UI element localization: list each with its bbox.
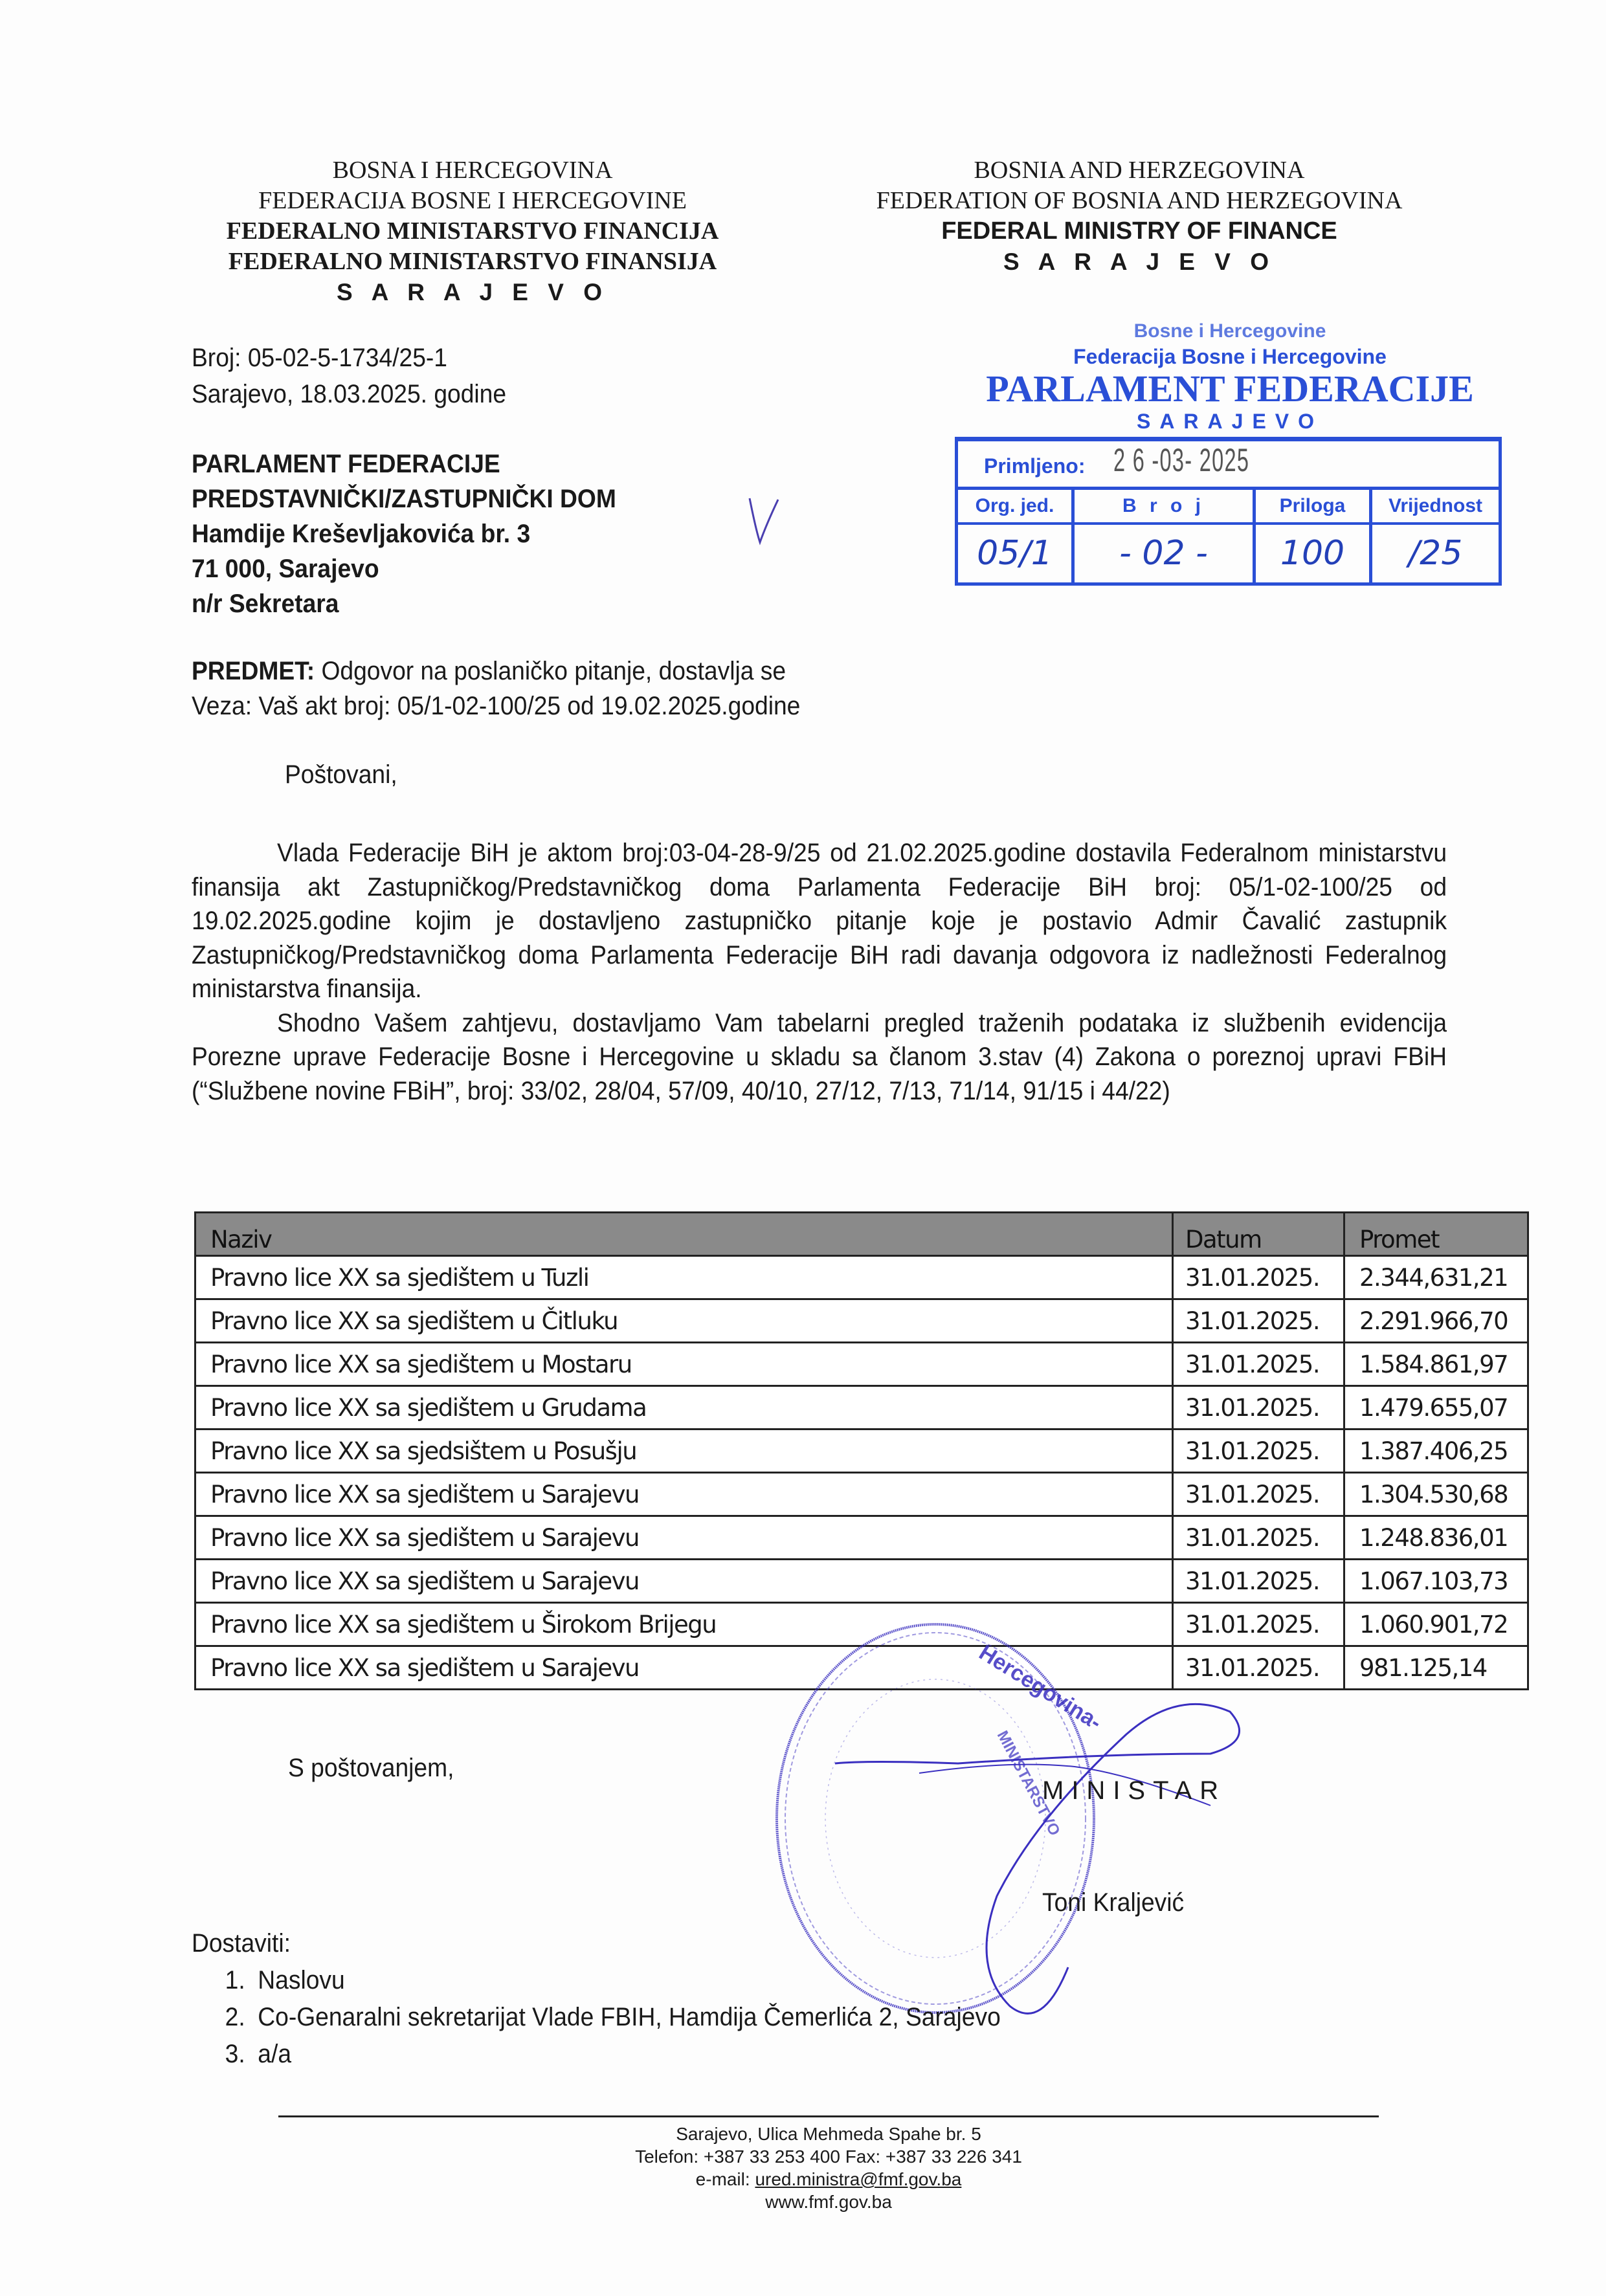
letterhead-country: BOSNA I HERCEGOVINA [129, 155, 816, 186]
table-header-row: Naziv Datum Promet [195, 1213, 1528, 1256]
distribution-item: Co-Genaralni sekretarijat Vlade FBIH, Ha… [252, 1999, 1001, 2036]
greeting: Poštovani, [285, 760, 397, 789]
stamp-col-org: Org. jed. 05/1 [958, 490, 1075, 584]
letterhead-english: BOSNIA AND HERZEGOVINA FEDERATION OF BOS… [796, 155, 1482, 277]
letterhead-federation-en: FEDERATION OF BOSNIA AND HERZEGOVINA [796, 186, 1482, 216]
cell-datum: 31.01.2025. [1173, 1343, 1344, 1386]
table-row: Pravno lice XX sa sjedištem u Tuzli31.01… [195, 1256, 1528, 1299]
recipient-line: PREDSTAVNIČKI/ZASTUPNIČKI DOM [192, 481, 616, 516]
footer-website[interactable]: www.fmf.gov.ba [278, 2191, 1379, 2213]
stamp-col-vrijednost: Vrijednost /25 [1372, 490, 1499, 584]
letterhead-city-en: S A R A J E V O [796, 247, 1482, 277]
turnover-table: Naziv Datum Promet Pravno lice XX sa sje… [194, 1211, 1529, 1690]
letterhead-city: S A R A J E V O [129, 277, 816, 307]
cell-datum: 31.01.2025. [1173, 1560, 1344, 1603]
cell-datum: 31.01.2025. [1173, 1646, 1344, 1690]
closing-salutation: S poštovanjem, [288, 1754, 454, 1783]
subject-text: Odgovor na poslaničko pitanje, dostavlja… [315, 657, 786, 685]
column-header-datum: Datum [1173, 1213, 1344, 1256]
letter-body: Vlada Federacije BiH je aktom broj:03-04… [192, 836, 1447, 1108]
footer-phone-fax: Telefon: +387 33 253 400 Fax: +387 33 22… [278, 2145, 1379, 2168]
cell-naziv: Pravno lice XX sa sjedištem u Sarajevu [195, 1473, 1173, 1516]
cell-naziv: Pravno lice XX sa sjedištem u Sarajevu [195, 1516, 1173, 1560]
cell-datum: 31.01.2025. [1173, 1386, 1344, 1429]
letterhead-federation: FEDERACIJA BOSNE I HERCEGOVINE [129, 186, 816, 216]
distribution-item: Naslovu [252, 1962, 1001, 1999]
footer-email-label: e-mail: [696, 2169, 755, 2189]
table-row: Pravno lice XX sa sjedištem u Mostaru31.… [195, 1343, 1528, 1386]
recipient-line: 71 000, Sarajevo [192, 551, 616, 586]
cell-naziv: Pravno lice XX sa sjedištem u Mostaru [195, 1343, 1173, 1386]
subject-block: PREDMET: Odgovor na poslaničko pitanje, … [192, 654, 800, 723]
paragraph: Shodno Vašem zahtjevu, dostavljamo Vam t… [192, 1006, 1447, 1109]
table-row: Pravno lice XX sa sjedištem u Sarajevu31… [195, 1646, 1528, 1690]
column-header-naziv: Naziv [195, 1213, 1173, 1256]
column-header-promet: Promet [1344, 1213, 1528, 1256]
cell-promet: 1.479.655,07 [1344, 1386, 1528, 1429]
distribution-list: Dostaviti: Naslovu Co-Genaralni sekretar… [192, 1925, 1001, 2073]
footer-divider [278, 2115, 1379, 2117]
cell-promet: 1.248.836,01 [1344, 1516, 1528, 1560]
table-row: Pravno lice XX sa sjedsištem u Posušju31… [195, 1429, 1528, 1473]
reference-place-date: Sarajevo, 18.03.2025. godine [192, 376, 506, 412]
distribution-label: Dostaviti: [192, 1925, 1001, 1962]
stamp-col-broj: B r o j - 02 - [1075, 490, 1256, 584]
cell-promet: 2.291.966,70 [1344, 1299, 1528, 1343]
table-row: Pravno lice XX sa sjedištem u Širokom Br… [195, 1603, 1528, 1646]
cell-naziv: Pravno lice XX sa sjedištem u Grudama [195, 1386, 1173, 1429]
distribution-item: a/a [252, 2036, 1001, 2073]
signatory-name: Toni Kraljević [1042, 1888, 1184, 1917]
cell-promet: 1.387.406,25 [1344, 1429, 1528, 1473]
letterhead-ministry-financija: FEDERALNO MINISTARSTVO FINANCIJA [129, 216, 816, 247]
cell-naziv: Pravno lice XX sa sjedištem u Sarajevu [195, 1646, 1173, 1690]
cell-datum: 31.01.2025. [1173, 1256, 1344, 1299]
cell-promet: 2.344,631,21 [1344, 1256, 1528, 1299]
cell-promet: 981.125,14 [1344, 1646, 1528, 1690]
stamp-line: Bosne i Hercegovine [952, 320, 1508, 342]
cell-naziv: Pravno lice XX sa sjedištem u Sarajevu [195, 1560, 1173, 1603]
cell-datum: 31.01.2025. [1173, 1603, 1344, 1646]
letterhead-ministry-finansija: FEDERALNO MINISTARSTVO FINANSIJA [129, 247, 816, 277]
cell-promet: 1.304.530,68 [1344, 1473, 1528, 1516]
stamp-line: Federacija Bosne i Hercegovine [952, 345, 1508, 369]
recipient-line: n/r Sekretara [192, 586, 616, 621]
stamp-title: PARLAMENT FEDERACIJE [952, 367, 1508, 410]
signatory-title: MINISTAR [1042, 1776, 1226, 1805]
letterhead-bosnian: BOSNA I HERCEGOVINA FEDERACIJA BOSNE I H… [129, 155, 816, 307]
footer: Sarajevo, Ulica Mehmeda Spahe br. 5 Tele… [278, 2123, 1379, 2213]
cell-naziv: Pravno lice XX sa sjedištem u Širokom Br… [195, 1603, 1173, 1646]
cell-datum: 31.01.2025. [1173, 1516, 1344, 1560]
table-row: Pravno lice XX sa sjedištem u Sarajevu31… [195, 1516, 1528, 1560]
subject-label: PREDMET: [192, 657, 315, 685]
stamp-box: Primljeno: 2 6 -03- 2025 Org. jed. 05/1 … [955, 437, 1502, 586]
table-row: Pravno lice XX sa sjedištem u Sarajevu31… [195, 1473, 1528, 1516]
reference-number: Broj: 05-02-5-1734/25-1 [192, 340, 506, 376]
paragraph: Vlada Federacije BiH je aktom broj:03-04… [192, 836, 1447, 1006]
table-row: Pravno lice XX sa sjedištem u Grudama31.… [195, 1386, 1528, 1429]
cell-naziv: Pravno lice XX sa sjedištem u Čitluku [195, 1299, 1173, 1343]
stamp-city: SARAJEVO [952, 410, 1508, 434]
cell-datum: 31.01.2025. [1173, 1473, 1344, 1516]
table-row: Pravno lice XX sa sjedištem u Sarajevu31… [195, 1560, 1528, 1603]
cell-datum: 31.01.2025. [1173, 1299, 1344, 1343]
footer-email-link[interactable]: ured.ministra@fmf.gov.ba [755, 2169, 961, 2189]
recipient-address: PARLAMENT FEDERACIJE PREDSTAVNIČKI/ZASTU… [192, 447, 616, 621]
letterhead-ministry-en: FEDERAL MINISTRY OF FINANCE [796, 216, 1482, 247]
cell-naziv: Pravno lice XX sa sjedsištem u Posušju [195, 1429, 1173, 1473]
cell-datum: 31.01.2025. [1173, 1429, 1344, 1473]
cell-promet: 1.060.901,72 [1344, 1603, 1528, 1646]
table-row: Pravno lice XX sa sjedištem u Čitluku31.… [195, 1299, 1528, 1343]
received-stamp: Bosne i Hercegovine Federacija Bosne i H… [952, 320, 1508, 592]
stamp-received-label: Primljeno: [984, 454, 1085, 478]
cell-promet: 1.584.861,97 [1344, 1343, 1528, 1386]
stamp-col-priloga: Priloga 100 [1256, 490, 1372, 584]
cell-naziv: Pravno lice XX sa sjedištem u Tuzli [195, 1256, 1173, 1299]
recipient-line: Hamdije Kreševljakovića br. 3 [192, 516, 616, 551]
letterhead-country-en: BOSNIA AND HERZEGOVINA [796, 155, 1482, 186]
handwritten-check-icon [744, 492, 783, 550]
footer-address: Sarajevo, Ulica Mehmeda Spahe br. 5 [278, 2123, 1379, 2145]
recipient-line: PARLAMENT FEDERACIJE [192, 447, 616, 481]
stamp-received-date: 2 6 -03- 2025 [1113, 441, 1249, 479]
reference-block: Broj: 05-02-5-1734/25-1 Sarajevo, 18.03.… [192, 340, 506, 412]
cell-promet: 1.067.103,73 [1344, 1560, 1528, 1603]
subject-reference: Veza: Vaš akt broj: 05/1-02-100/25 od 19… [192, 689, 800, 723]
